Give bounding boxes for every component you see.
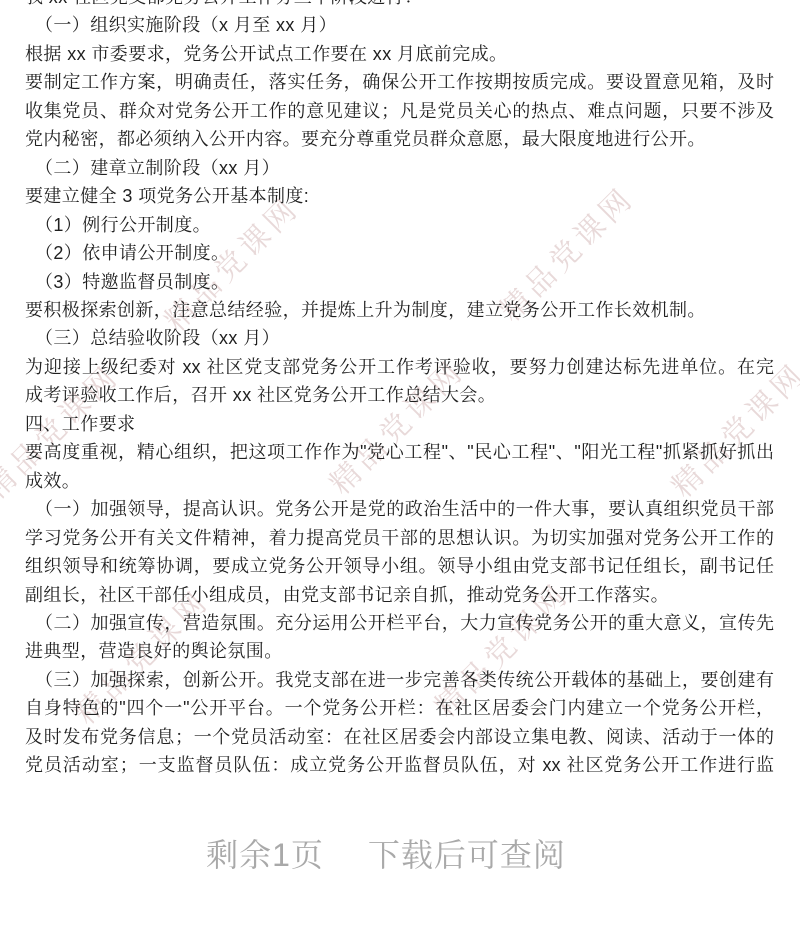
document-line: 为迎接上级纪委对 xx 社区党支部党务公开工作考评验收，要努力创建达标先进单位。… xyxy=(25,353,774,381)
document-page: 精品党课网精品党课网精品党课网精品党课网精品党课网精品党课网精品党课网 我 xx… xyxy=(0,0,800,930)
document-line: 成考评验收工作后，召开 xx 社区党务公开工作总结大会。 xyxy=(25,381,774,409)
document-line: （三）总结验收阶段（xx 月） xyxy=(25,324,774,352)
document-line: 组织领导和统筹协调，要成立党务公开领导小组。领导小组由党支部书记任组长，副书记任 xyxy=(25,552,774,580)
remaining-pages-label: 剩余1页 xyxy=(206,830,324,876)
document-line: 要高度重视，精心组织，把这项工作作为"党心工程"、"民心工程"、"阳光工程"抓紧… xyxy=(25,438,774,466)
document-line: 进典型，营造良好的舆论氛围。 xyxy=(25,637,774,665)
document-line: 要积极探索创新，注意总结经验，并提炼上升为制度，建立党务公开工作长效机制。 xyxy=(25,296,774,324)
document-line: 党员活动室；一支监督员队伍：成立党务公开监督员队伍，对 xx 社区党务公开工作进… xyxy=(25,751,774,779)
document-line: （1）例行公开制度。 xyxy=(25,211,774,239)
preview-footer: 剩余1页 下载后可查阅 xyxy=(0,830,786,876)
document-line: 收集党员、群众对党务公开工作的意见建议；凡是党员关心的热点、难点问题，只要不涉及 xyxy=(25,97,774,125)
document-line: 及时发布党务信息；一个党员活动室：在社区居委会内部设立集电教、阅读、活动于一体的 xyxy=(25,723,774,751)
document-line: 我 xx 社区党支部党务公开工作分三个阶段进行： xyxy=(25,0,774,11)
document-line: 要建立健全 3 项党务公开基本制度: xyxy=(25,182,774,210)
document-line: 副组长，社区干部任小组成员，由党支部书记亲自抓，推动党务公开工作落实。 xyxy=(25,581,774,609)
document-line: （2）依申请公开制度。 xyxy=(25,239,774,267)
document-line: （三）加强探索，创新公开。我党支部在进一步完善各类传统公开载体的基础上，要创建有 xyxy=(25,666,774,694)
document-line: （3）特邀监督员制度。 xyxy=(25,268,774,296)
document-line: 自身特色的"四个一"公开平台。一个党务公开栏：在社区居委会门内建立一个党务公开栏… xyxy=(25,694,774,722)
document-line: （二）加强宣传，营造氛围。充分运用公开栏平台，大力宣传党务公开的重大意义，宣传先 xyxy=(25,609,774,637)
document-line: 四、工作要求 xyxy=(25,410,774,438)
document-line: 学习党务公开有关文件精神，着力提高党员干部的思想认识。为切实加强对党务公开工作的 xyxy=(25,524,774,552)
document-line: （一）组织实施阶段（x 月至 xx 月） xyxy=(25,11,774,39)
document-line: 成效。 xyxy=(25,467,774,495)
document-line: （一）加强领导，提高认识。党务公开是党的政治生活中的一件大事，要认真组织党员干部 xyxy=(25,495,774,523)
document-content: 我 xx 社区党支部党务公开工作分三个阶段进行：（一）组织实施阶段（x 月至 x… xyxy=(25,0,774,780)
document-line: 党内秘密，都必须纳入公开内容。要充分尊重党员群众意愿，最大限度地进行公开。 xyxy=(25,125,774,153)
download-hint-label: 下载后可查阅 xyxy=(368,830,566,876)
document-line: （二）建章立制阶段（xx 月） xyxy=(25,154,774,182)
document-line: 要制定工作方案，明确责任，落实任务，确保公开工作按期按质完成。要设置意见箱，及时 xyxy=(25,68,774,96)
document-line: 根据 xx 市委要求，党务公开试点工作要在 xx 月底前完成。 xyxy=(25,40,774,68)
